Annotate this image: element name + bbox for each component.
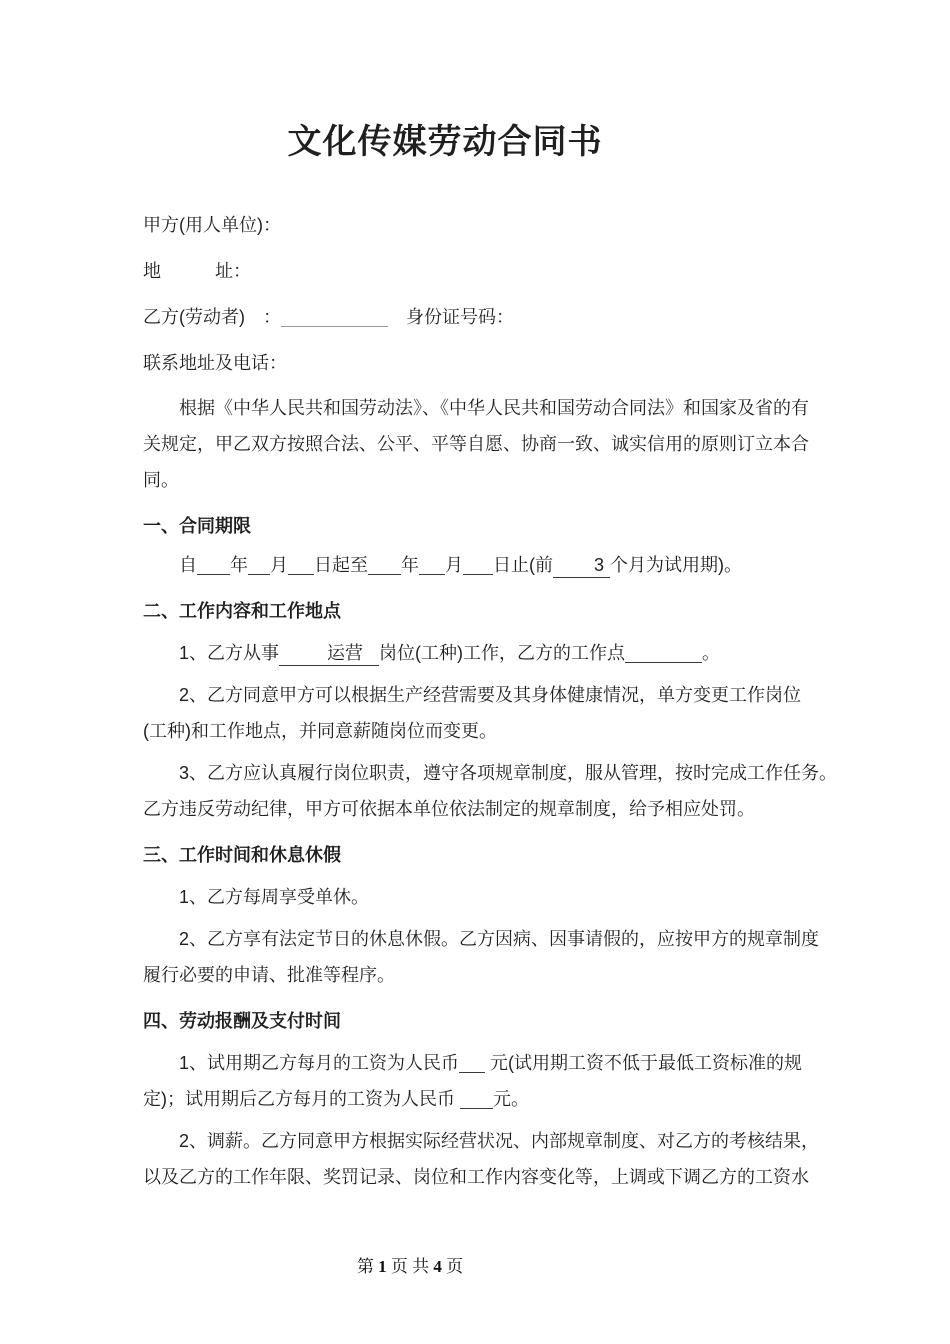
text-line: 2、乙方同意甲方可以根据生产经营需要及其身体健康情况，单方变更工作岗位 [143, 677, 843, 713]
text-segment: 岗位(工种)工作，乙方的工作点 [379, 643, 625, 663]
field-line: 地 址： [143, 253, 843, 289]
text-line: 定)；试用期后乙方每月的工资为人民币 元。 [143, 1081, 843, 1117]
text-segment: 四、劳动报酬及支付时间 [143, 1011, 341, 1031]
text-line: 2、乙方享有法定节日的休息休假。乙方因病、因事请假的，应按甲方的规章制度 [143, 921, 843, 957]
text-segment: 个月为试用期)。 [610, 555, 742, 575]
text-line: 甲方(用人单位)： [143, 207, 843, 243]
footer-text: 第 [357, 1257, 378, 1276]
text-segment: (工种)和工作地点，并同意薪随岗位而变更。 [143, 721, 497, 741]
footer-text: 页 共 [387, 1257, 434, 1276]
fill-in-value[interactable]: 运营 [279, 642, 379, 666]
text-segment: 1、试用期乙方每月的工资为人民币 [179, 1053, 459, 1073]
section-heading: 三、工作时间和休息休假 [143, 837, 843, 873]
text-line: (工种)和工作地点，并同意薪随岗位而变更。 [143, 713, 843, 749]
document-title: 文化传媒劳动合同书 [0, 117, 890, 167]
text-line: 乙方违反劳动纪律，甲方可依据本单位依法制定的规章制度，给予相应处罚。 [143, 791, 843, 827]
text-segment: 定)；试用期后乙方每月的工资为人民币 [143, 1089, 460, 1109]
contract-clause: 2、乙方享有法定节日的休息休假。乙方因病、因事请假的，应按甲方的规章制度履行必要… [143, 921, 843, 993]
text-segment: 。 [702, 643, 720, 663]
text-line: 1、试用期乙方每月的工资为人民币 元(试用期工资不低于最低工资标准的规 [143, 1045, 843, 1081]
fill-in-blank[interactable] [419, 557, 445, 575]
text-segment: 三、工作时间和休息休假 [143, 845, 341, 865]
text-segment: 地 址： [143, 261, 251, 281]
text-segment: 元。 [493, 1089, 529, 1109]
text-line: 一、合同期限 [143, 508, 843, 544]
text-segment: 年 [401, 555, 419, 575]
text-segment: 日止(前 [493, 555, 553, 575]
text-line: 二、工作内容和工作地点 [143, 593, 843, 629]
text-line: 履行必要的申请、批准等程序。 [143, 957, 843, 993]
section-heading: 二、工作内容和工作地点 [143, 593, 843, 629]
contract-clause: 2、调薪。乙方同意甲方根据实际经营状况、内部规章制度、对乙方的考核结果，以及乙方… [143, 1123, 843, 1195]
text-segment: 3、乙方应认真履行岗位职责，遵守各项规章制度，服从管理，按时完成工作任务。 [179, 763, 837, 783]
text-line: 自年月日起至年月日止(前3个月为试用期)。 [143, 547, 843, 583]
fill-in-blank[interactable] [460, 1091, 493, 1109]
field-line: 甲方(用人单位)： [143, 207, 843, 243]
text-line: 以及乙方的工作年限、奖罚记录、岗位和工作内容变化等，上调或下调乙方的工资水 [143, 1159, 843, 1195]
text-segment: 根据《中华人民共和国劳动法》、《中华人民共和国劳动合同法》和国家及省的有 [179, 398, 809, 418]
text-line: 乙方(劳动者) ： 身份证号码： [143, 299, 843, 335]
text-segment: 乙方(劳动者) ： [143, 307, 281, 327]
contract-body: 甲方(用人单位)：地 址：乙方(劳动者) ： 身份证号码：联系地址及电话：根据《… [143, 207, 843, 1195]
text-segment: 履行必要的申请、批准等程序。 [143, 965, 395, 985]
fill-in-blank[interactable] [197, 557, 230, 575]
text-segment: 以及乙方的工作年限、奖罚记录、岗位和工作内容变化等，上调或下调乙方的工资水 [143, 1167, 809, 1187]
fill-in-blank[interactable] [625, 645, 702, 663]
section-heading: 一、合同期限 [143, 508, 843, 544]
text-segment: 身份证号码： [388, 307, 514, 327]
text-segment: 乙方违反劳动纪律，甲方可依据本单位依法制定的规章制度，给予相应处罚。 [143, 799, 755, 819]
text-line: 2、调薪。乙方同意甲方根据实际经营状况、内部规章制度、对乙方的考核结果， [143, 1123, 843, 1159]
fill-in-blank[interactable] [459, 1055, 485, 1073]
paragraph: 根据《中华人民共和国劳动法》、《中华人民共和国劳动合同法》和国家及省的有关规定，… [143, 390, 843, 498]
text-line: 三、工作时间和休息休假 [143, 837, 843, 873]
text-line: 联系地址及电话： [143, 345, 843, 381]
text-segment: 甲方(用人单位)： [143, 215, 281, 235]
section-heading: 四、劳动报酬及支付时间 [143, 1003, 843, 1039]
text-line: 1、乙方从事运营岗位(工种)工作，乙方的工作点。 [143, 635, 843, 671]
text-segment: 2、调薪。乙方同意甲方根据实际经营状况、内部规章制度、对乙方的考核结果， [179, 1131, 819, 1151]
fill-in-value[interactable]: 3 [553, 554, 610, 578]
contract-clause: 1、试用期乙方每月的工资为人民币 元(试用期工资不低于最低工资标准的规定)；试用… [143, 1045, 843, 1117]
text-segment: 二、工作内容和工作地点 [143, 601, 341, 621]
text-line: 同。 [143, 462, 843, 498]
text-segment: 关规定，甲乙双方按照合法、公平、平等自愿、协商一致、诚实信用的原则订立本合 [143, 434, 809, 454]
fill-in-blank[interactable] [281, 309, 388, 327]
contract-clause: 1、乙方每周享受单休。 [143, 879, 843, 915]
text-segment: 1、乙方每周享受单休。 [179, 887, 369, 907]
field-line: 乙方(劳动者) ： 身份证号码： [143, 299, 843, 335]
page-number: 1 [378, 1257, 387, 1276]
text-segment: 日起至 [314, 555, 368, 575]
text-segment: 一、合同期限 [143, 516, 251, 536]
text-segment: 年 [230, 555, 248, 575]
text-segment: 1、乙方从事 [179, 643, 279, 663]
text-segment: 月 [445, 555, 463, 575]
text-segment: 联系地址及电话： [143, 353, 287, 373]
contract-clause: 2、乙方同意甲方可以根据生产经营需要及其身体健康情况，单方变更工作岗位(工种)和… [143, 677, 843, 749]
text-line: 地 址： [143, 253, 843, 289]
fill-in-blank[interactable] [288, 557, 314, 575]
fill-in-blank[interactable] [463, 557, 493, 575]
page-footer: 第 1 页 共 4 页 [310, 1252, 510, 1277]
text-line: 关规定，甲乙双方按照合法、公平、平等自愿、协商一致、诚实信用的原则订立本合 [143, 426, 843, 462]
text-line: 1、乙方每周享受单休。 [143, 879, 843, 915]
text-segment: 2、乙方享有法定节日的休息休假。乙方因病、因事请假的，应按甲方的规章制度 [179, 929, 819, 949]
text-segment: 同。 [143, 470, 179, 490]
text-line: 根据《中华人民共和国劳动法》、《中华人民共和国劳动合同法》和国家及省的有 [143, 390, 843, 426]
page-number: 4 [433, 1257, 442, 1276]
fill-in-blank[interactable] [368, 557, 401, 575]
text-line: 3、乙方应认真履行岗位职责，遵守各项规章制度，服从管理，按时完成工作任务。 [143, 755, 843, 791]
text-segment: 月 [270, 555, 288, 575]
contract-clause: 1、乙方从事运营岗位(工种)工作，乙方的工作点。 [143, 635, 843, 671]
contract-clause: 3、乙方应认真履行岗位职责，遵守各项规章制度，服从管理，按时完成工作任务。乙方违… [143, 755, 843, 827]
text-segment: 元(试用期工资不低于最低工资标准的规 [485, 1053, 802, 1073]
contract-clause: 自年月日起至年月日止(前3个月为试用期)。 [143, 547, 843, 583]
text-segment: 2、乙方同意甲方可以根据生产经营需要及其身体健康情况，单方变更工作岗位 [179, 685, 801, 705]
field-line: 联系地址及电话： [143, 345, 843, 381]
text-segment: 自 [179, 555, 197, 575]
fill-in-blank[interactable] [248, 557, 270, 575]
text-line: 四、劳动报酬及支付时间 [143, 1003, 843, 1039]
footer-text: 页 [442, 1257, 463, 1276]
contract-page: 文化传媒劳动合同书 甲方(用人单位)：地 址：乙方(劳动者) ： 身份证号码：联… [0, 0, 950, 1195]
